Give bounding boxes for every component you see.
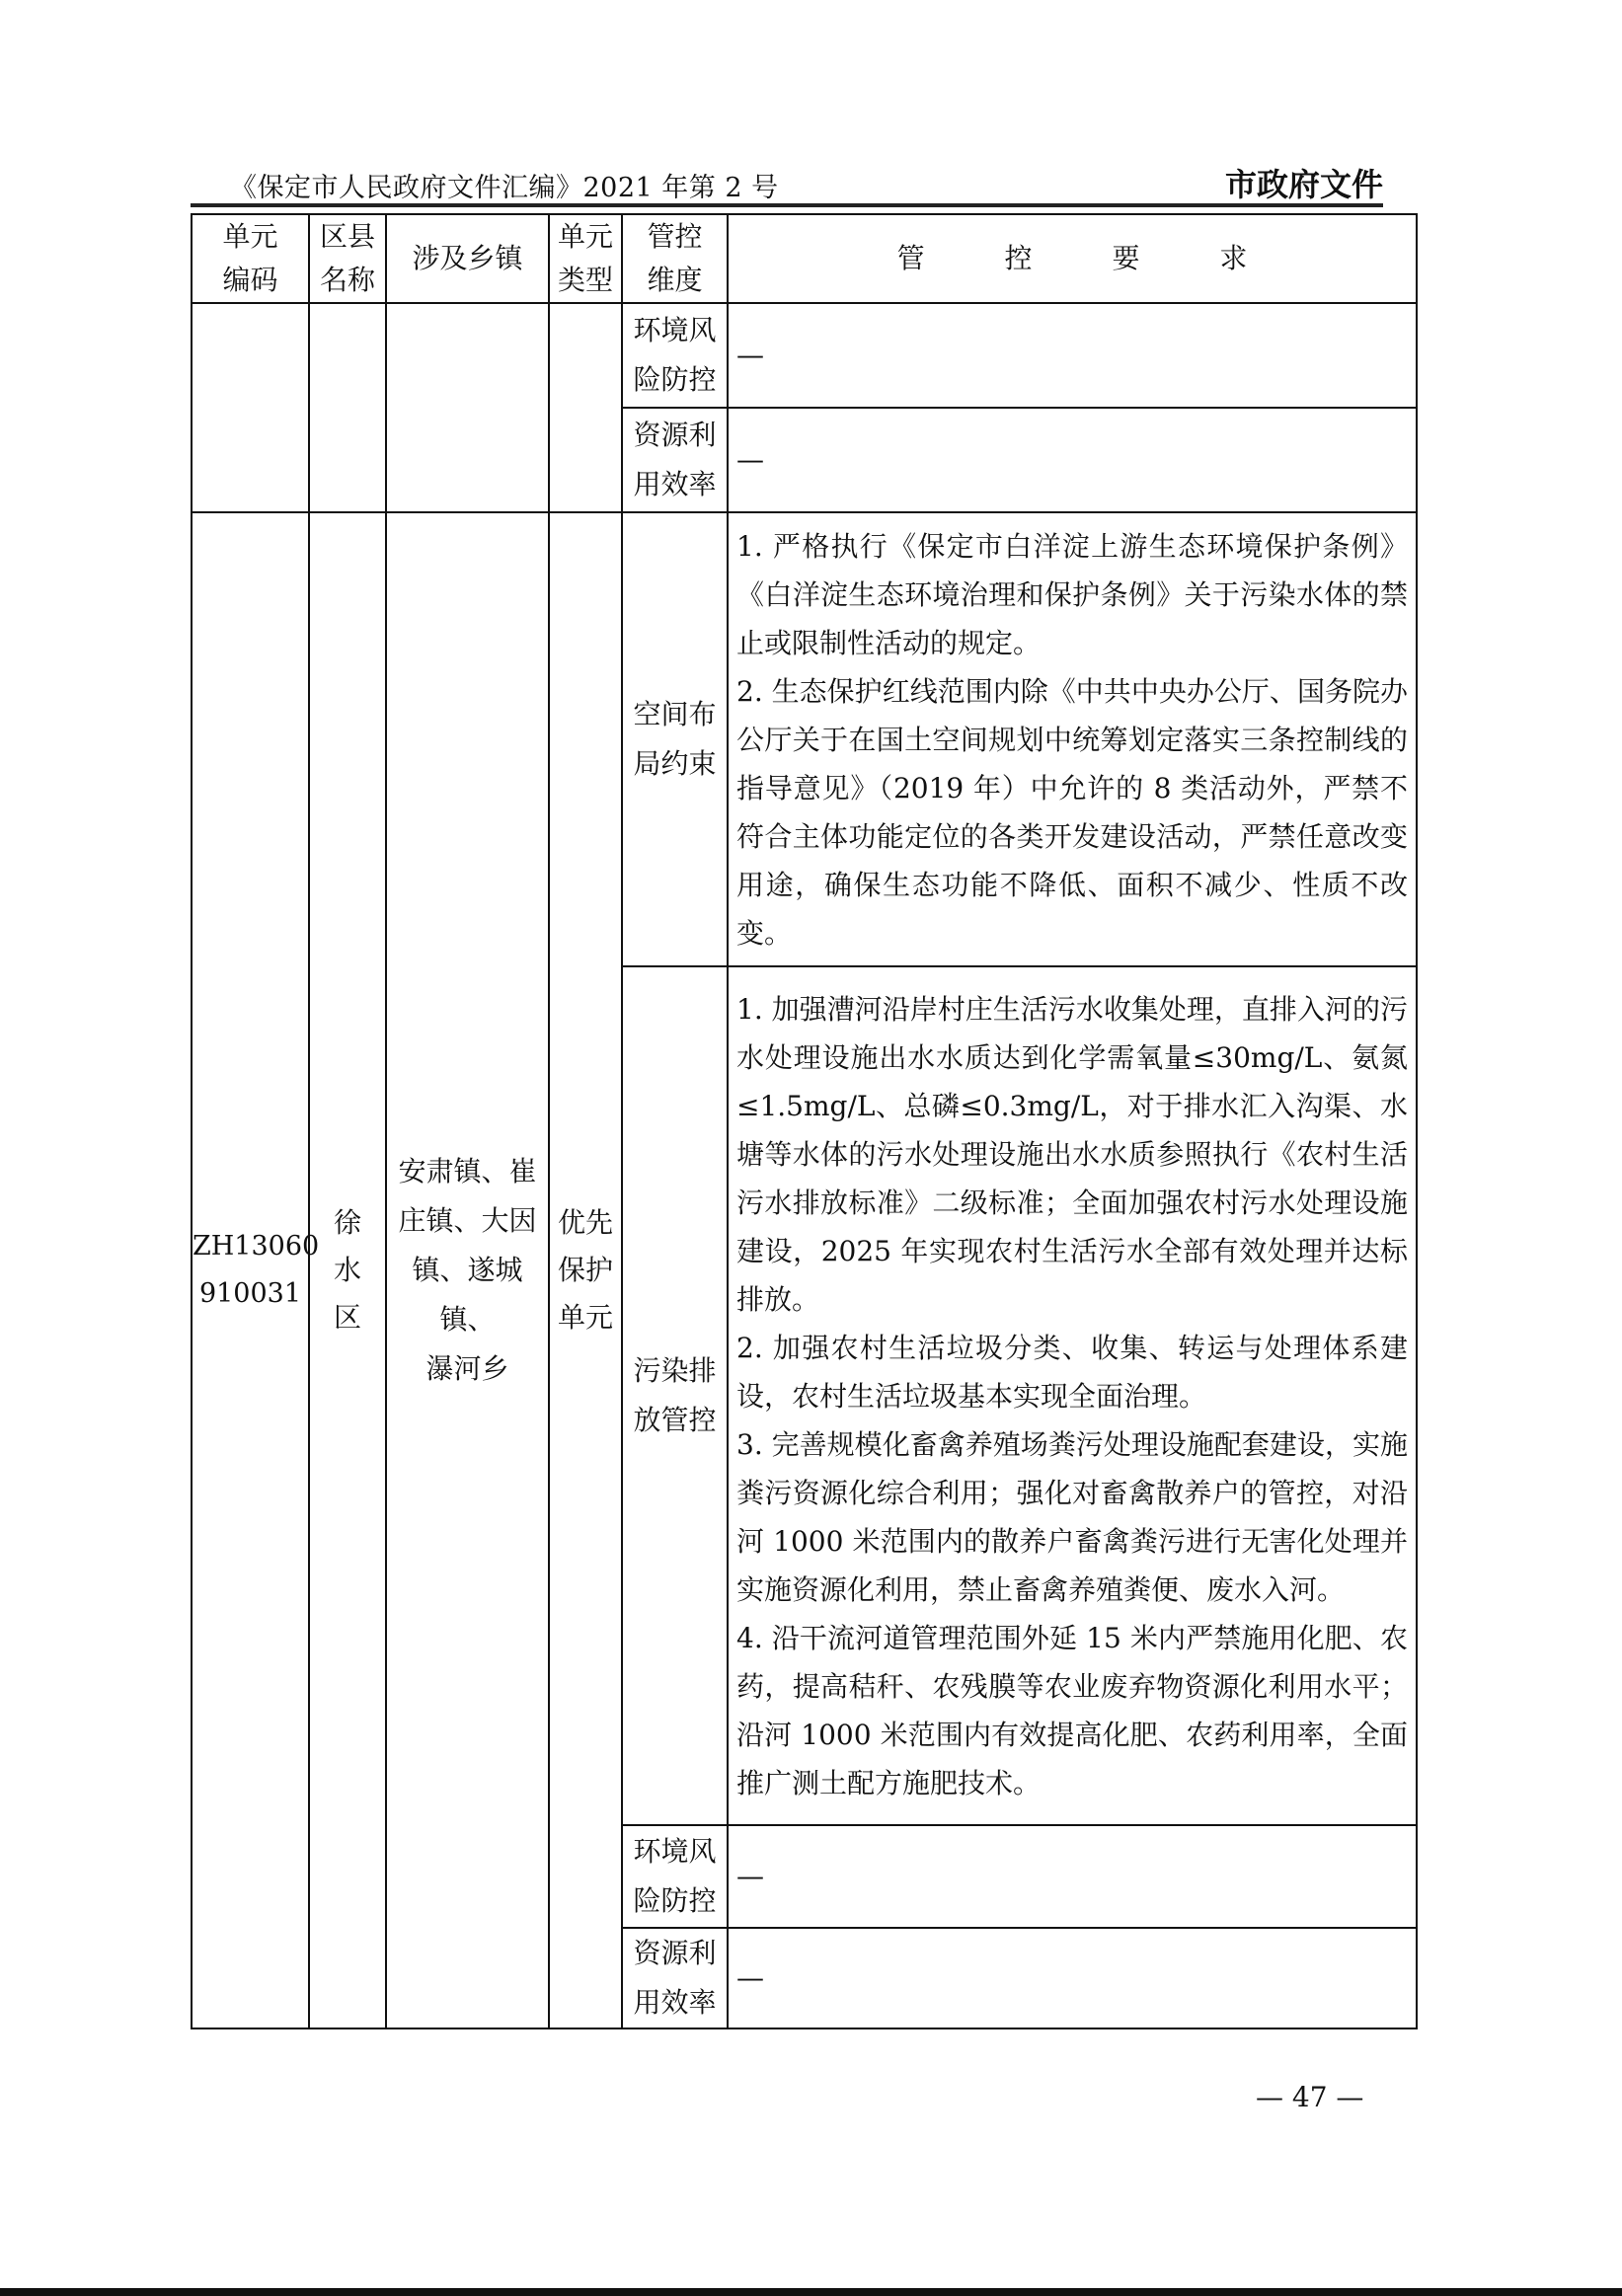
dimension-line: 空间布 (623, 690, 727, 739)
table-row: ZH13060 910031 徐 水 区 安肃镇、崔 庄镇、大因 镇、遂城镇、 … (192, 512, 1417, 966)
dimension-line: 污染排 (623, 1346, 727, 1396)
col-header-unit-type: 单元 类型 (549, 214, 622, 303)
dimension-line: 险防控 (623, 1876, 727, 1926)
scan-edge-bar (0, 2288, 1622, 2296)
requirement-item: 1. 加强漕河沿岸村庄生活污水收集处理，直排入河的污水处理设施出水水质达到化学需… (736, 985, 1408, 1324)
unit-code-cell-empty (192, 303, 309, 512)
unit-code-line: 910031 (193, 1270, 308, 1318)
towns-line: 庄镇、大因 (387, 1196, 548, 1246)
dimension-line: 环境风 (623, 306, 727, 355)
control-requirements-table: 单元 编码 区县 名称 涉及乡镇 单元 类型 管控 维度 管 控 要 求 (191, 213, 1418, 2029)
col-header-line: 单元 (550, 215, 621, 259)
dimension-line: 用效率 (623, 1978, 727, 2028)
dimension-line: 局约束 (623, 739, 727, 789)
header-rule (191, 203, 1383, 207)
section-title: 市政府文件 (1225, 160, 1383, 205)
dimension-cell: 污染排 放管控 (622, 966, 728, 1825)
dimension-cell: 环境风 险防控 (622, 1825, 728, 1928)
unit-type-cell: 优先 保护 单元 (549, 512, 622, 2028)
dimension-cell: 资源利 用效率 (622, 408, 728, 512)
col-header-unit-code: 单元 编码 (192, 214, 309, 303)
towns-line: 安肃镇、崔 (387, 1147, 548, 1196)
county-cell-empty (309, 303, 386, 512)
requirement-cell: — (728, 303, 1417, 408)
requirement-cell: — (728, 1928, 1417, 2028)
unit-type-line: 保护 (550, 1247, 621, 1294)
towns-cell-empty (386, 303, 549, 512)
col-header-line: 区县 (310, 215, 385, 259)
unit-code-cell: ZH13060 910031 (192, 512, 309, 2028)
requirement-item: 3. 完善规模化畜禽养殖场粪污处理设施配套建设，实施粪污资源化综合利用；强化对畜… (736, 1420, 1408, 1614)
dimension-line: 资源利 (623, 1929, 727, 1978)
dimension-line: 放管控 (623, 1396, 727, 1445)
dimension-line: 用效率 (623, 460, 727, 509)
requirement-item: 2. 加强农村生活垃圾分类、收集、转运与处理体系建设，农村生活垃圾基本实现全面治… (736, 1324, 1408, 1420)
unit-type-line: 优先 (550, 1199, 621, 1247)
col-header-line: 管控 (623, 215, 727, 259)
towns-cell: 安肃镇、崔 庄镇、大因 镇、遂城镇、 瀑河乡 (386, 512, 549, 2028)
col-header-dimension: 管控 维度 (622, 214, 728, 303)
county-char: 徐 (310, 1199, 385, 1247)
col-header-requirements: 管 控 要 求 (728, 214, 1417, 303)
table-row: 环境风 险防控 — (192, 303, 1417, 408)
col-header-line: 编码 (193, 259, 308, 302)
publication-title: 《保定市人民政府文件汇编》2021 年第 2 号 (230, 166, 779, 204)
unit-type-line: 单元 (550, 1294, 621, 1341)
county-char: 水 (310, 1247, 385, 1294)
col-header-line: 名称 (310, 259, 385, 302)
dimension-line: 资源利 (623, 411, 727, 460)
requirement-cell: 1. 加强漕河沿岸村庄生活污水收集处理，直排入河的污水处理设施出水水质达到化学需… (728, 966, 1417, 1825)
requirement-cell: — (728, 1825, 1417, 1928)
col-header-line: 类型 (550, 259, 621, 302)
towns-line: 镇、遂城镇、 (387, 1246, 548, 1344)
dimension-cell: 环境风 险防控 (622, 303, 728, 408)
page-number: — 47 — (1256, 2081, 1363, 2113)
county-cell: 徐 水 区 (309, 512, 386, 2028)
page-header: 《保定市人民政府文件汇编》2021 年第 2 号 市政府文件 (191, 158, 1383, 203)
col-header-line: 单元 (193, 215, 308, 259)
col-header-line: 维度 (623, 259, 727, 302)
dimension-cell: 资源利 用效率 (622, 1928, 728, 2028)
col-header-towns: 涉及乡镇 (386, 214, 549, 303)
dimension-line: 险防控 (623, 355, 727, 405)
requirement-item: 2. 生态保护红线范围内除《中共中央办公厅、国务院办公厅关于在国土空间规划中统筹… (736, 667, 1408, 957)
dimension-line: 环境风 (623, 1827, 727, 1876)
unit-code-line: ZH13060 (193, 1223, 308, 1270)
requirement-cell: — (728, 408, 1417, 512)
requirement-item: 4. 沿干流河道管理范围外延 15 米内严禁施用化肥、农药，提高秸秆、农残膜等农… (736, 1614, 1408, 1807)
requirement-item: 1. 严格执行《保定市白洋淀上游生态环境保护条例》《白洋淀生态环境治理和保护条例… (736, 522, 1408, 667)
towns-line: 瀑河乡 (387, 1344, 548, 1394)
unit-type-cell-empty (549, 303, 622, 512)
dimension-cell: 空间布 局约束 (622, 512, 728, 966)
requirement-cell: 1. 严格执行《保定市白洋淀上游生态环境保护条例》《白洋淀生态环境治理和保护条例… (728, 512, 1417, 966)
county-char: 区 (310, 1294, 385, 1341)
table-header-row: 单元 编码 区县 名称 涉及乡镇 单元 类型 管控 维度 管 控 要 求 (192, 214, 1417, 303)
col-header-county: 区县 名称 (309, 214, 386, 303)
